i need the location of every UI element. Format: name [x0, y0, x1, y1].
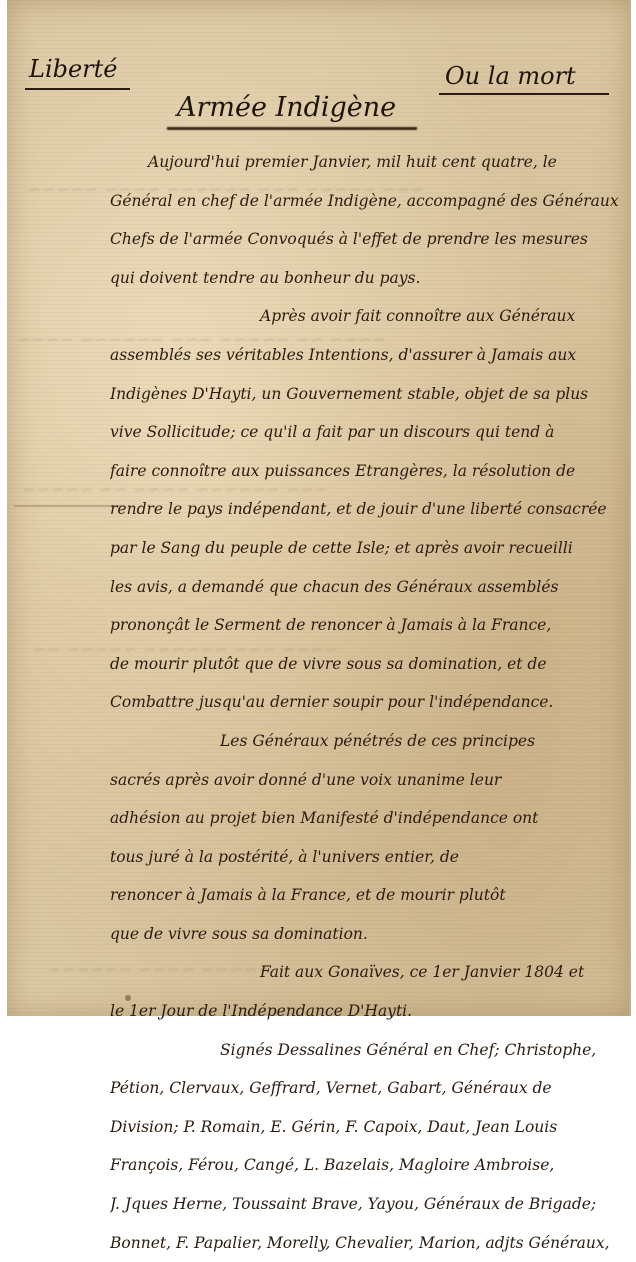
manuscript-line: les avis, a demandé que chacun des Génér… [110, 568, 632, 607]
manuscript-line: par le Sang du peuple de cette Isle; et … [110, 529, 632, 568]
manuscript-line: Général en chef de l'armée Indigène, acc… [110, 182, 632, 221]
manuscript-line: qui doivent tendre au bonheur du pays. [110, 259, 632, 298]
manuscript-line: Après avoir fait connoître aux Généraux [110, 297, 632, 336]
paper-fold [14, 505, 124, 507]
manuscript-line: Fait aux Gonaïves, ce 1er Janvier 1804 e… [110, 953, 632, 992]
manuscript-line: renoncer à Jamais à la France, et de mou… [110, 876, 632, 915]
manuscript-line: le 1er Jour de l'Indépendance D'Hayti. [110, 992, 632, 1024]
manuscript-line: Les Généraux pénétrés de ces principes [110, 722, 632, 761]
manuscript-line: de mourir plutôt que de vivre sous sa do… [110, 645, 632, 684]
manuscript-line: rendre le pays indépendant, et de jouir … [110, 490, 632, 529]
header-left-underline [25, 88, 130, 90]
header-right-underline [439, 93, 609, 95]
header-ou-la-mort: Ou la mort [445, 62, 576, 90]
manuscript-line: Aujourd'hui premier Janvier, mil huit ce… [110, 143, 632, 182]
manuscript-line: assemblés ses véritables Intentions, d'a… [110, 336, 632, 375]
manuscript-line: prononçât le Serment de renoncer à Jamai… [110, 606, 632, 645]
manuscript-body: Aujourd'hui premier Janvier, mil huit ce… [112, 143, 632, 1024]
manuscript-line: sacrés après avoir donné d'une voix unan… [110, 761, 632, 800]
title-underline [167, 127, 417, 130]
header-right-text: Ou la mort [445, 62, 576, 90]
manuscript-line: Combattre jusqu'au dernier soupir pour l… [110, 683, 632, 722]
manuscript-line: tous juré à la postérité, à l'univers en… [110, 838, 632, 877]
manuscript-line: Indigènes D'Hayti, un Gouvernement stabl… [110, 375, 632, 414]
header-liberte: Liberté [29, 55, 118, 83]
manuscript-line: faire connoître aux puissances Etrangère… [110, 452, 632, 491]
document-title: Armée Indigène [177, 92, 396, 123]
title-text: Armée Indigène [177, 92, 396, 123]
manuscript-line: Chefs de l'armée Convoqués à l'effet de … [110, 220, 632, 259]
manuscript-line: adhésion au projet bien Manifesté d'indé… [110, 799, 632, 838]
manuscript-line: vive Sollicitude; ce qu'il a fait par un… [110, 413, 632, 452]
ink-stain [125, 995, 131, 1001]
manuscript-line: que de vivre sous sa domination. [110, 915, 632, 954]
header-left-text: Liberté [29, 55, 118, 83]
manuscript-page: ~~~ ~~~~~ ~~~ ~~~~~~ ~~~~ ~~~~~ ~~~~ ~~ … [7, 0, 631, 1016]
